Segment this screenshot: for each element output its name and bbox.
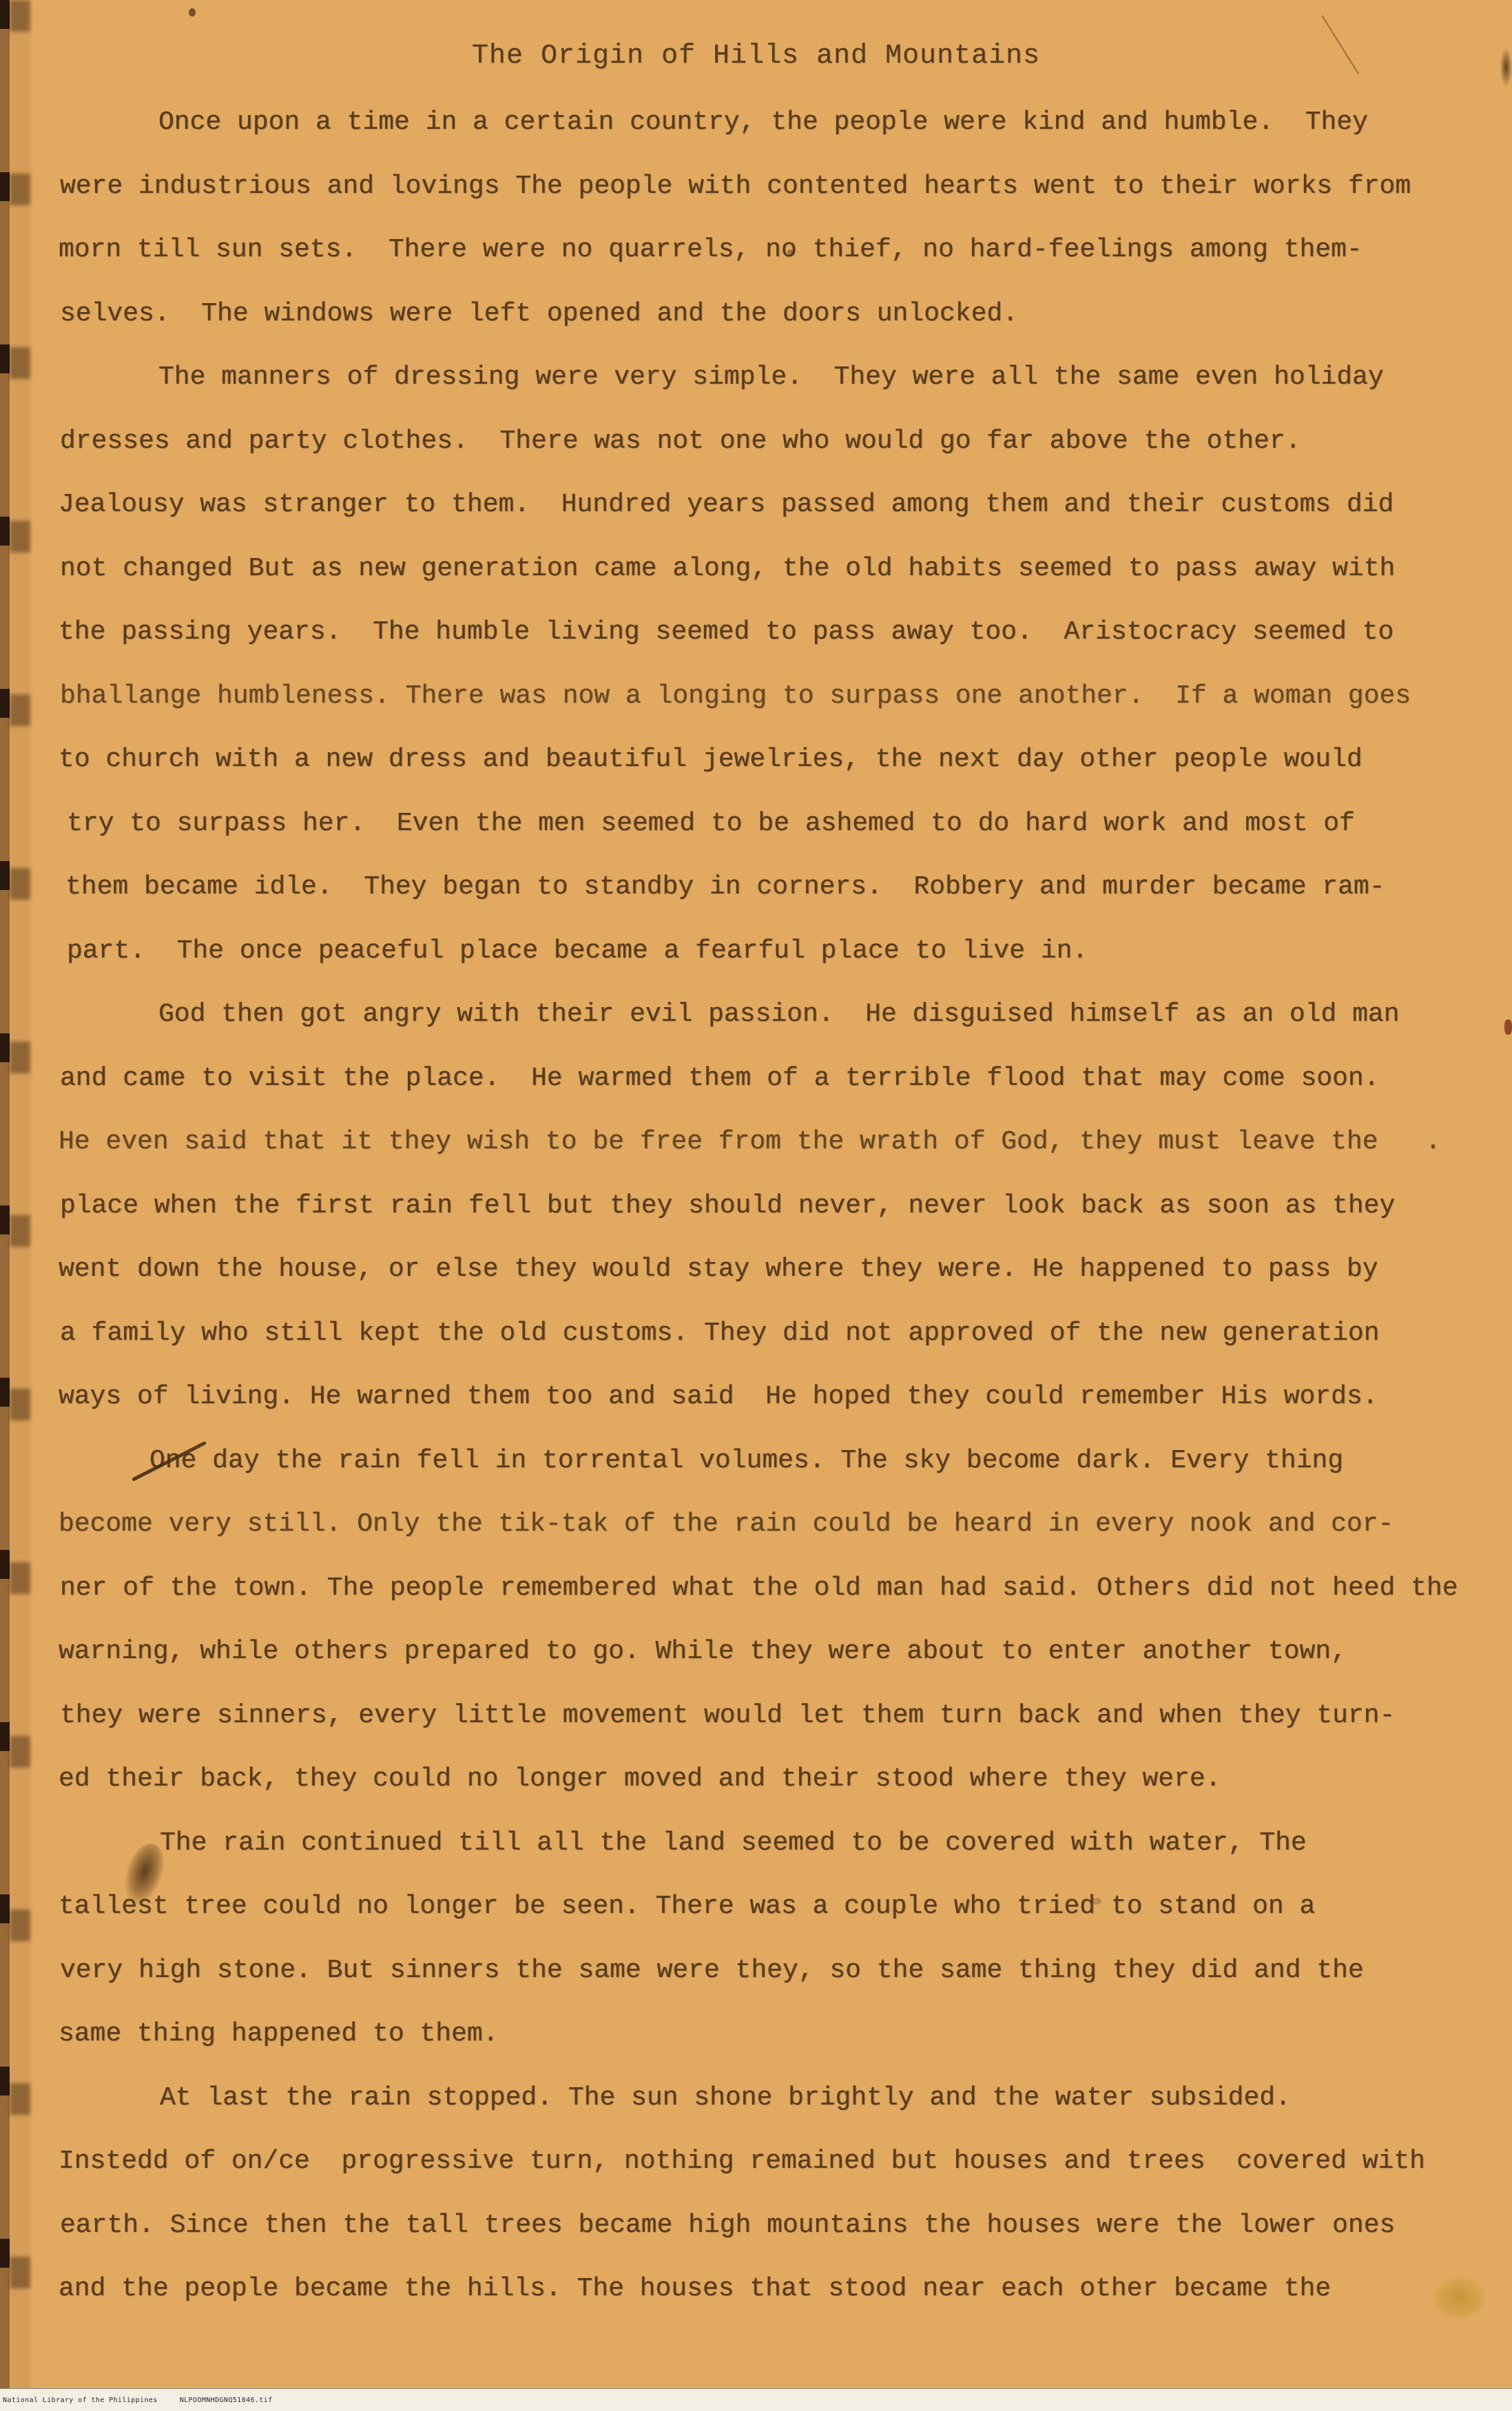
text-line: were industrious and lovings The people … <box>60 155 1486 219</box>
page-title: The Origin of Hills and Mountains <box>0 25 1512 88</box>
text-line: God then got angry with their evil passi… <box>59 983 1484 1047</box>
text-line: earth. Since then the tall trees became … <box>60 2194 1486 2258</box>
text-line: and the people became the hills. The hou… <box>59 2257 1484 2321</box>
text-line: become very still. Only the tik-tak of t… <box>59 1493 1484 1557</box>
text-line: dresses and party clothes. There was not… <box>60 410 1486 474</box>
text-line: they were sinners, every little movement… <box>60 1684 1486 1748</box>
text-line: Jealousy was stranger to them. Hundred y… <box>59 473 1484 537</box>
text-line: One day the rain fell in torrental volum… <box>60 1429 1486 1493</box>
text-line: He even said that it they wish to be fre… <box>59 1110 1484 1175</box>
text-line: to church with a new dress and beautiful… <box>59 728 1484 792</box>
text-line: At last the rain stopped. The sun shone … <box>60 2067 1486 2131</box>
edge-stain <box>1504 1020 1512 1035</box>
text-line: and came to visit the place. He warmed t… <box>60 1047 1486 1111</box>
text-line: part. The once peaceful place became a f… <box>67 920 1486 984</box>
text-line: a family who still kept the old customs.… <box>60 1302 1486 1366</box>
book-binding-edge <box>0 0 10 2411</box>
text-line: try to surpass her. Even the men seemed … <box>67 792 1486 856</box>
text-line: bhallange humbleness. There was now a lo… <box>60 665 1486 729</box>
text-line: went down the house, or else they would … <box>59 1238 1484 1302</box>
text-line: them became idle. They began to standby … <box>65 856 1484 920</box>
scanner-footer-bar: National Library of the Philippines NLPO… <box>0 2388 1512 2411</box>
footer-filename: NLPOOMNHDGNQ51046.tif <box>180 2397 273 2404</box>
text-line: place when the first rain fell but they … <box>60 1175 1486 1239</box>
text-line: the passing years. The humble living see… <box>59 601 1484 665</box>
text-line: same thing happened to them. <box>59 2003 1484 2067</box>
text-line: tallest tree could no longer be seen. Th… <box>59 1875 1484 1939</box>
text-line: not changed But as new generation came a… <box>60 537 1486 601</box>
text-line: morn till sun sets. There were no quarre… <box>59 218 1484 282</box>
text-line: selves. The windows were left opened and… <box>60 282 1486 346</box>
footer-library-label: National Library of the Philippines <box>3 2397 158 2404</box>
text-line: Once upon a time in a certain country, t… <box>59 91 1484 155</box>
binding-shadow <box>10 0 30 2411</box>
text-line: ways of living. He warned them too and s… <box>59 1365 1484 1429</box>
text-line: Instedd of on/ce progressive turn, nothi… <box>59 2130 1484 2194</box>
text-line: ner of the town. The people remembered w… <box>60 1557 1486 1621</box>
text-line: warning, while others prepared to go. Wh… <box>59 1620 1484 1684</box>
text-line: very high stone. But sinners the same we… <box>60 1939 1486 2003</box>
text-line: ed their back, they could no longer move… <box>59 1748 1484 1812</box>
text-line: The manners of dressing were very simple… <box>59 346 1484 410</box>
text-line: The rain continued till all the land see… <box>60 1812 1486 1876</box>
paper-speck <box>189 8 196 17</box>
typewritten-text-block: Once upon a time in a certain country, t… <box>59 91 1484 2321</box>
